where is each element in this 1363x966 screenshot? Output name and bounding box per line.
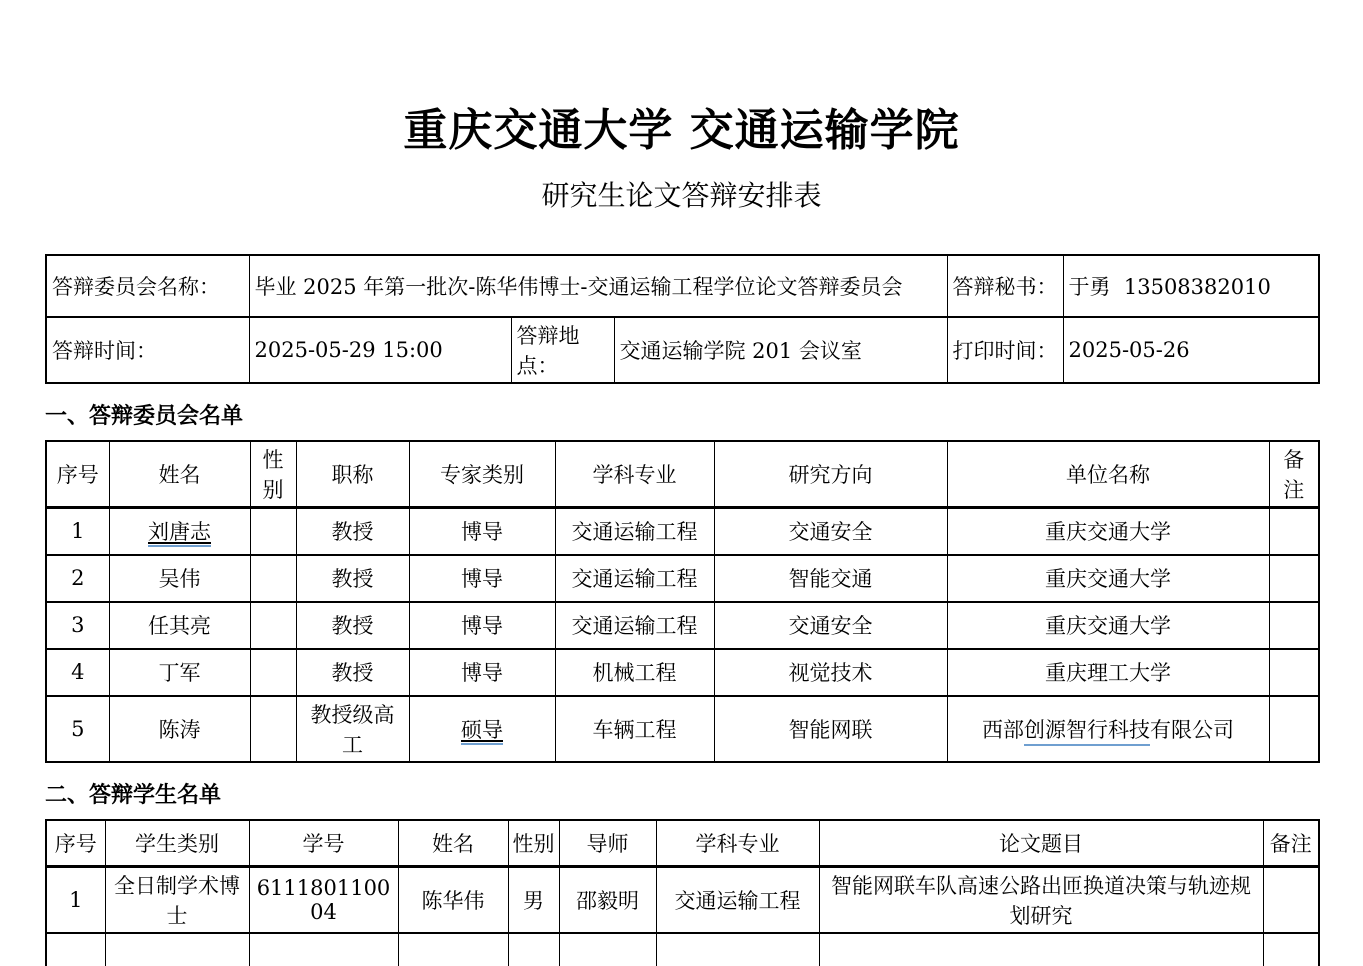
cell-org: 重庆理工大学 bbox=[947, 649, 1269, 696]
cell-category: 全日制学术博士 bbox=[105, 867, 249, 934]
cell-thesis-title: 智能网联车队高速公路出匝换道决策与轨迹规划研究 bbox=[819, 867, 1263, 934]
cell-no: 4 bbox=[46, 649, 109, 696]
col-header-gender: 性别 bbox=[250, 441, 296, 508]
col-header-gender: 性别 bbox=[508, 820, 559, 867]
col-header-major: 学科专业 bbox=[555, 441, 714, 508]
cell-research: 智能网联 bbox=[714, 696, 947, 762]
cell-name bbox=[398, 933, 508, 966]
cell-gender bbox=[250, 649, 296, 696]
cell-org: 重庆交通大学 bbox=[947, 555, 1269, 602]
cell-research: 交通安全 bbox=[714, 602, 947, 649]
org-prefix: 西部 bbox=[982, 718, 1024, 742]
cell-org: 西部创源智行科技有限公司 bbox=[947, 696, 1269, 762]
committee-row-2: 2 吴伟 教授 博导 交通运输工程 智能交通 重庆交通大学 bbox=[46, 555, 1319, 602]
student-row-empty-cutoff bbox=[46, 933, 1319, 966]
committee-row-3: 3 任其亮 教授 博导 交通运输工程 交通安全 重庆交通大学 bbox=[46, 602, 1319, 649]
defense-info-table: 答辩委员会名称： 毕业 2025 年第一批次-陈华伟博士-交通运输工程学位论文答… bbox=[45, 254, 1320, 384]
cell-gender bbox=[250, 696, 296, 762]
col-header-thesis-title: 论文题目 bbox=[819, 820, 1263, 867]
cell-thesis-title bbox=[819, 933, 1263, 966]
cell-expert-type: 博导 bbox=[409, 555, 555, 602]
defense-time-label: 答辩时间： bbox=[46, 317, 249, 383]
cell-research: 视觉技术 bbox=[714, 649, 947, 696]
cell-student-id bbox=[249, 933, 398, 966]
cell-expert-type: 博导 bbox=[409, 649, 555, 696]
cell-expert-type: 博导 bbox=[409, 602, 555, 649]
cell-no: 2 bbox=[46, 555, 109, 602]
col-header-student-id: 学号 bbox=[249, 820, 398, 867]
defense-time-value: 2025-05-29 15:00 bbox=[249, 317, 511, 383]
cell-note bbox=[1263, 867, 1319, 934]
page-subtitle: 研究生论文答辩安排表 bbox=[0, 174, 1363, 214]
cell-no: 1 bbox=[46, 508, 109, 555]
students-header-row: 序号 学生类别 学号 姓名 性别 导师 学科专业 论文题目 备注 bbox=[46, 820, 1319, 867]
cell-title: 教授 bbox=[296, 508, 409, 555]
cell-note bbox=[1269, 696, 1319, 762]
student-row-1: 1 全日制学术博士 611180110004 陈华伟 男 邵毅明 交通运输工程 … bbox=[46, 867, 1319, 934]
cell-org: 重庆交通大学 bbox=[947, 508, 1269, 555]
cell-gender bbox=[508, 933, 559, 966]
cell-name: 陈涛 bbox=[109, 696, 250, 762]
cell-no: 3 bbox=[46, 602, 109, 649]
col-header-org: 单位名称 bbox=[947, 441, 1269, 508]
committee-row-1: 1 刘唐志 教授 博导 交通运输工程 交通安全 重庆交通大学 bbox=[46, 508, 1319, 555]
org-name-link[interactable]: 创源智行科技 bbox=[1024, 718, 1150, 746]
cell-student-id: 611180110004 bbox=[249, 867, 398, 934]
committee-section-heading: 一、答辩委员会名单 bbox=[45, 399, 1318, 430]
defense-place-value: 交通运输学院 201 会议室 bbox=[614, 317, 947, 383]
cell-advisor: 邵毅明 bbox=[559, 867, 656, 934]
cell-major: 交通运输工程 bbox=[555, 555, 714, 602]
defense-place-label: 答辩地点： bbox=[511, 317, 614, 383]
document-content: 答辩委员会名称： 毕业 2025 年第一批次-陈华伟博士-交通运输工程学位论文答… bbox=[45, 254, 1318, 966]
cell-expert-type: 硕导 bbox=[409, 696, 555, 762]
students-section-heading: 二、答辩学生名单 bbox=[45, 778, 1318, 809]
cell-note bbox=[1269, 555, 1319, 602]
students-table: 序号 学生类别 学号 姓名 性别 导师 学科专业 论文题目 备注 1 全日制学术… bbox=[45, 819, 1320, 966]
committee-name-label: 答辩委员会名称： bbox=[46, 255, 249, 317]
col-header-name: 姓名 bbox=[109, 441, 250, 508]
cell-no bbox=[46, 933, 105, 966]
col-header-category: 学生类别 bbox=[105, 820, 249, 867]
secretary-value: 于勇 13508382010 bbox=[1063, 255, 1319, 317]
cell-gender: 男 bbox=[508, 867, 559, 934]
cell-name: 陈华伟 bbox=[398, 867, 508, 934]
cell-gender bbox=[250, 555, 296, 602]
info-row-committee: 答辩委员会名称： 毕业 2025 年第一批次-陈华伟博士-交通运输工程学位论文答… bbox=[46, 255, 1319, 317]
cell-note bbox=[1263, 933, 1319, 966]
col-header-note: 备注 bbox=[1269, 441, 1319, 508]
secretary-label: 答辩秘书： bbox=[947, 255, 1063, 317]
col-header-no: 序号 bbox=[46, 441, 109, 508]
org-suffix: 有限公司 bbox=[1150, 718, 1234, 742]
member-name-link[interactable]: 刘唐志 bbox=[148, 520, 211, 547]
cell-major: 交通运输工程 bbox=[555, 602, 714, 649]
cell-major bbox=[656, 933, 819, 966]
info-row-time-place: 答辩时间： 2025-05-29 15:00 答辩地点： 交通运输学院 201 … bbox=[46, 317, 1319, 383]
committee-table: 序号 姓名 性别 职称 专家类别 学科专业 研究方向 单位名称 备注 1 刘唐志… bbox=[45, 440, 1320, 763]
cell-research: 交通安全 bbox=[714, 508, 947, 555]
col-header-research: 研究方向 bbox=[714, 441, 947, 508]
cell-gender bbox=[250, 508, 296, 555]
cell-title: 教授 bbox=[296, 555, 409, 602]
col-header-major: 学科专业 bbox=[656, 820, 819, 867]
col-header-title: 职称 bbox=[296, 441, 409, 508]
committee-name-value: 毕业 2025 年第一批次-陈华伟博士-交通运输工程学位论文答辩委员会 bbox=[249, 255, 947, 317]
cell-category bbox=[105, 933, 249, 966]
cell-title: 教授 bbox=[296, 649, 409, 696]
page-title: 重庆交通大学 交通运输学院 bbox=[0, 94, 1363, 158]
cell-expert-type: 博导 bbox=[409, 508, 555, 555]
col-header-name: 姓名 bbox=[398, 820, 508, 867]
cell-advisor bbox=[559, 933, 656, 966]
cell-title: 教授 bbox=[296, 602, 409, 649]
cell-name: 刘唐志 bbox=[109, 508, 250, 555]
cell-no: 5 bbox=[46, 696, 109, 762]
document-page: 重庆交通大学 交通运输学院 研究生论文答辩安排表 答辩委员会名称： 毕业 202… bbox=[0, 0, 1363, 966]
cell-note bbox=[1269, 602, 1319, 649]
committee-row-5: 5 陈涛 教授级高工 硕导 车辆工程 智能网联 西部创源智行科技有限公司 bbox=[46, 696, 1319, 762]
cell-name: 吴伟 bbox=[109, 555, 250, 602]
committee-header-row: 序号 姓名 性别 职称 专家类别 学科专业 研究方向 单位名称 备注 bbox=[46, 441, 1319, 508]
cell-no: 1 bbox=[46, 867, 105, 934]
cell-org: 重庆交通大学 bbox=[947, 602, 1269, 649]
cell-title: 教授级高工 bbox=[296, 696, 409, 762]
col-header-advisor: 导师 bbox=[559, 820, 656, 867]
print-time-value: 2025-05-26 bbox=[1063, 317, 1319, 383]
col-header-expert-type: 专家类别 bbox=[409, 441, 555, 508]
cell-name: 任其亮 bbox=[109, 602, 250, 649]
print-time-label: 打印时间： bbox=[947, 317, 1063, 383]
cell-major: 交通运输工程 bbox=[656, 867, 819, 934]
cell-major: 交通运输工程 bbox=[555, 508, 714, 555]
col-header-no: 序号 bbox=[46, 820, 105, 867]
cell-note bbox=[1269, 649, 1319, 696]
committee-row-4: 4 丁军 教授 博导 机械工程 视觉技术 重庆理工大学 bbox=[46, 649, 1319, 696]
expert-type-link[interactable]: 硕导 bbox=[461, 718, 503, 745]
cell-major: 车辆工程 bbox=[555, 696, 714, 762]
cell-major: 机械工程 bbox=[555, 649, 714, 696]
col-header-note: 备注 bbox=[1263, 820, 1319, 867]
cell-gender bbox=[250, 602, 296, 649]
cell-research: 智能交通 bbox=[714, 555, 947, 602]
cell-note bbox=[1269, 508, 1319, 555]
cell-name: 丁军 bbox=[109, 649, 250, 696]
